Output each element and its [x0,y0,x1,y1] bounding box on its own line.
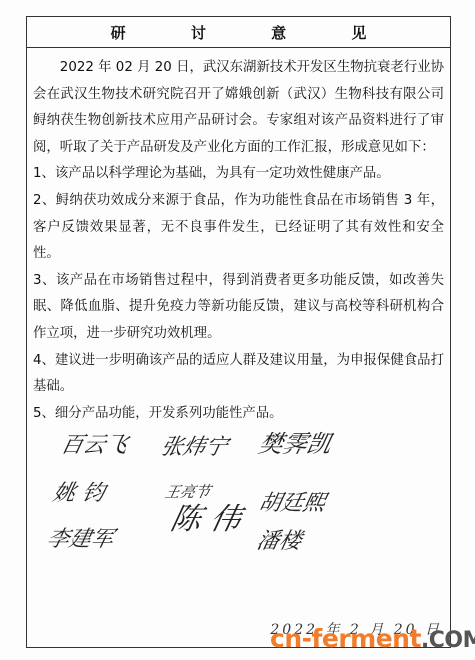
document-title: 研 讨 意 见 [111,22,397,43]
intro-paragraph: 2022 年 02 月 20 日，武汉东湖新技术开发区生物抗衰老行业协会在武汉生… [33,55,444,161]
opinion-form: 研 讨 意 见 2022 年 02 月 20 日，武汉东湖新技术开发区生物抗衰老… [26,16,451,648]
title-row: 研 讨 意 见 [27,17,450,48]
signature-area: 百云飞 张炜宁 樊霁凯 姚 钧 王亮节 胡廷熙 李建军 陈 伟 潘楼 [33,429,444,619]
signature-1: 百云飞 [58,433,130,460]
watermark-main: cn-ferment [270,624,421,653]
signature-6: 胡廷熙 [256,491,328,518]
signature-7: 李建军 [44,527,116,554]
document-page: 研 讨 意 见 2022 年 02 月 20 日，武汉东湖新技术开发区生物抗衰老… [0,0,475,660]
signature-2: 张炜宁 [158,435,230,462]
opinion-item-1: 1、该产品以科学理论为基础，为具有一定功效性健康产品。 [33,161,444,188]
opinion-body: 2022 年 02 月 20 日，武汉东湖新技术开发区生物抗衰老行业协会在武汉生… [27,48,450,619]
opinion-item-2: 2、鲟纳茯功效成分来源于食品，作为功能性食品在市场销售 3 年，客户反馈效果显著… [33,188,444,268]
opinion-item-4: 4、建议进一步明确该产品的适应人群及建议用量，为申报保健食品打基础。 [33,348,444,401]
opinion-item-5: 5、细分产品功能，开发系列功能性产品。 [33,401,444,428]
signature-3: 樊霁凯 [256,431,334,458]
signature-9: 潘楼 [254,529,304,556]
opinion-item-3: 3、该产品在市场销售过程中，得到消费者更多功能反馈，如改善失眠、降低血脂、提升免… [33,268,444,348]
watermark-logo: cn-ferment.COM [270,626,475,652]
watermark-suffix: .COM [421,628,475,653]
signature-8: 陈 伟 [168,507,243,534]
signature-4: 姚 钧 [50,481,107,508]
